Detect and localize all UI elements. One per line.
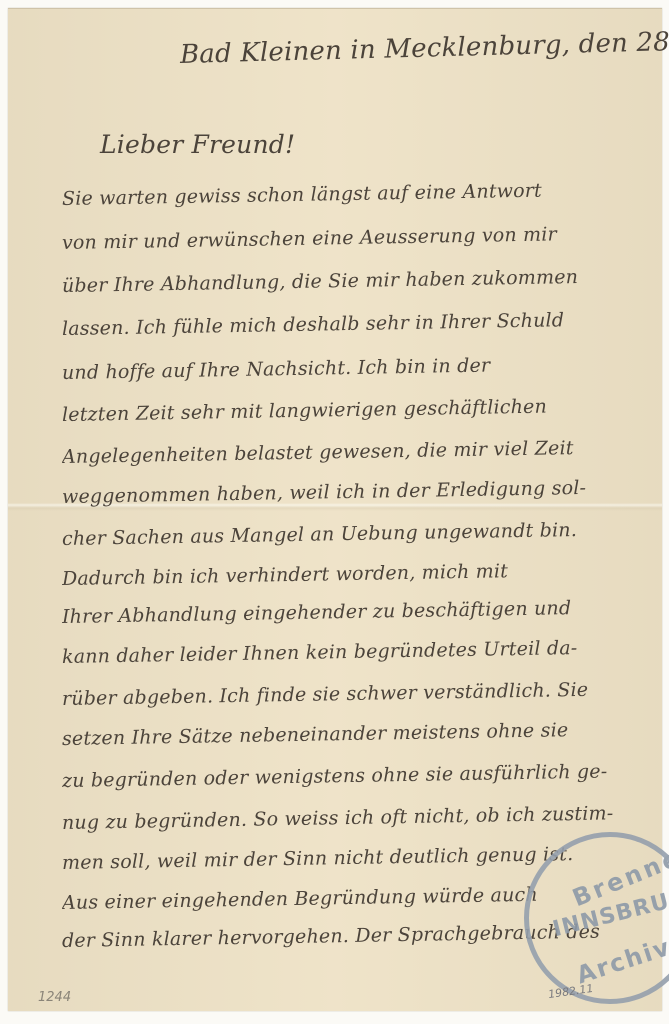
stamp-text-archiv: Archiv	[573, 933, 669, 990]
letter-salutation: Lieber Freund!	[100, 130, 295, 159]
archive-number: 1244	[38, 990, 71, 1005]
